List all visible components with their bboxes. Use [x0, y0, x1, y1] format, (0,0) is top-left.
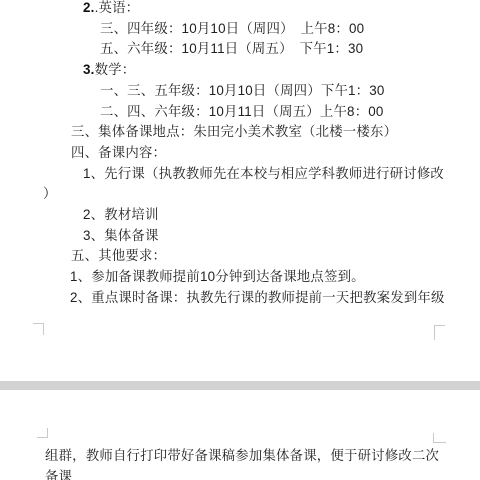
doc-line-other-header: 五、其他要求：: [71, 245, 166, 266]
document-viewer: 2..英语： 三、四年级：10月10日（周四） 上午8：00 五、六年级：10月…: [0, 0, 480, 480]
doc-line-continuation-2: 备课: [45, 466, 72, 480]
list-number: 2.: [83, 0, 95, 15]
doc-line-english-header: 2..英语：: [83, 0, 139, 18]
page-separator: [0, 381, 480, 390]
doc-line-content-item2: 2、教材培训: [83, 204, 159, 225]
doc-line-location: 三、集体备课地点：朱田完小美术教室（北楼一楼东）: [71, 121, 397, 142]
page-1[interactable]: 2..英语： 三、四年级：10月10日（周四） 上午8：00 五、六年级：10月…: [0, 0, 480, 381]
doc-line-other-item2: 2、重点课时备课：执教先行课的教师提前一天把教案发到年级: [70, 287, 445, 308]
doc-line-content-header: 四、备课内容：: [71, 142, 166, 163]
doc-line-content-item1: 1、先行课（执教教师先在本校与相应学科教师进行研讨修改: [83, 163, 444, 184]
doc-line-english-grades34: 三、四年级：10月10日（周四） 上午8：00: [100, 18, 364, 39]
doc-line-continuation-1: 组群，教师自行打印带好备课稿参加集体备课，便于研讨修改二次: [45, 445, 439, 466]
doc-line-math-grades246: 二、四、六年级：10月11日（周五）上午8：00: [100, 101, 384, 122]
page-2[interactable]: 组群，教师自行打印带好备课稿参加集体备课，便于研讨修改二次 备课: [0, 390, 480, 480]
margin-mark-top-left: [37, 428, 48, 438]
doc-line-math-header: 3.数学：: [83, 59, 135, 80]
doc-line-english-grades56: 五、六年级：10月11日（周五） 下午1：30: [100, 38, 363, 59]
doc-line-wrapped-paren: ）: [43, 183, 57, 204]
line-text: .英语：: [95, 0, 140, 15]
doc-line-other-item1: 1、参加备课教师提前10分钟到达备课地点签到。: [70, 266, 365, 287]
margin-mark-top-right: [433, 433, 446, 443]
doc-line-content-item3: 3、集体备课: [83, 225, 159, 246]
margin-mark-bottom-left: [33, 323, 44, 335]
list-number: 3.: [83, 62, 95, 77]
margin-mark-bottom-right: [434, 325, 445, 340]
line-text: 数学：: [95, 62, 136, 77]
doc-line-math-grades135: 一、三、五年级：10月10日（周四）下午1：30: [100, 80, 385, 101]
